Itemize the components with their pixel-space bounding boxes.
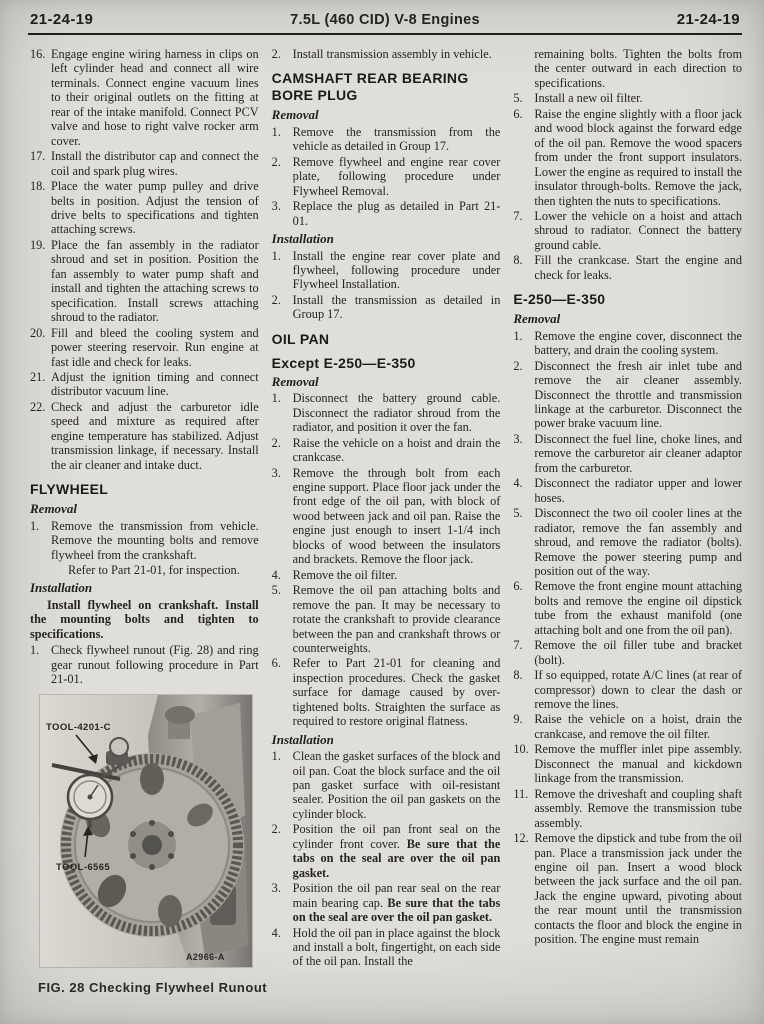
list-item: 2.Disconnect the fresh air inlet tube an… [513,359,742,431]
list-item: 1.Clean the gasket surfaces of the block… [272,749,501,821]
list-item: 22.Check and adjust the carburetor idle … [30,400,259,472]
item-text: Install the distributor cap and connect … [51,149,259,178]
list-item: 1.Remove the transmission from vehicle. … [30,519,259,562]
item-number: 3. [272,199,293,228]
item-text: Place the fan assembly in the radiator s… [51,238,259,325]
item-number: 2. [272,436,293,465]
item-text: Remove the through bolt from each engine… [293,466,501,567]
item-number: 1. [272,749,293,821]
column-1: 16.Engage engine wiring harness in clips… [30,47,259,1024]
figure-photo: TOOL-4201-C TOOL-6565 A2966-A [40,695,252,967]
list-item: 8.Fill the crankcase. Start the engine a… [513,253,742,282]
list-item: 4.Remove the oil filter. [272,568,501,582]
item-text: Disconnect the battery ground cable. Dis… [293,391,501,434]
list-item: 1.Remove the transmission from the vehic… [272,125,501,154]
item-text: If so equipped, rotate A/C lines (at rea… [534,668,742,711]
item-text: Fill the crankcase. Start the engine and… [534,253,742,282]
list-item: 1.Check flywheel runout (Fig. 28) and ri… [30,643,259,686]
item-number: 2. [272,293,293,322]
emphasized-text: Be sure that the tabs on the seal are ov… [293,837,501,880]
item-text: Remove the transmission from vehicle. Re… [51,519,259,562]
item-number: 10. [513,742,534,785]
procedure-label: Installation [30,581,259,595]
section-heading: E-250—E-350 [513,291,742,308]
item-number: 6. [513,107,534,208]
item-number: 1. [513,329,534,358]
item-number: 16. [30,47,51,148]
item-text: Remove the muffler inlet pipe assembly. … [534,742,742,785]
list-item: 16.Engage engine wiring harness in clips… [30,47,259,148]
item-text: Place the water pump pulley and drive be… [51,179,259,237]
list-item: 4.Hold the oil pan in place against the … [272,926,501,969]
list-item: 3.Remove the through bolt from each engi… [272,466,501,567]
list-item: 2.Install transmission assembly in vehic… [272,47,501,61]
list-item: 5.Remove the oil pan attaching bolts and… [272,583,501,655]
item-text: Hold the oil pan in place against the bl… [293,926,501,969]
item-text: Adjust the ignition timing and connect d… [51,370,259,399]
item-text: Disconnect the two oil cooler lines at t… [534,506,742,578]
item-text: Position the oil pan rear seal on the re… [293,881,501,924]
item-number: 2. [272,47,293,61]
list-item: 2.Remove flywheel and engine rear cover … [272,155,501,198]
item-number: 1. [30,519,51,562]
list-item: 6.Remove the front engine mount attachin… [513,579,742,637]
item-number: 7. [513,209,534,252]
page-number-right: 21-24-19 [677,11,740,28]
item-text: Check and adjust the carburetor idle spe… [51,400,259,472]
item-number: 8. [513,668,534,711]
list-item: 9.Raise the vehicle on a hoist, drain th… [513,712,742,741]
item-number: 3. [272,466,293,567]
item-text: Raise the vehicle on a hoist, drain the … [534,712,742,741]
indented-paragraph: Refer to Part 21-01, for inspection. [68,563,259,577]
header-rule [28,33,742,35]
procedure-label: Removal [272,375,501,389]
item-number: 5. [513,91,534,105]
item-number: 1. [30,643,51,686]
list-item: 1.Remove the engine cover, disconnect th… [513,329,742,358]
item-text: Install a new oil filter. [534,91,742,105]
item-text: Replace the plug as detailed in Part 21-… [293,199,501,228]
item-text: Lower the vehicle on a hoist and attach … [534,209,742,252]
item-text: Engage engine wiring harness in clips on… [51,47,259,148]
list-item: 1.Disconnect the battery ground cable. D… [272,391,501,434]
emphasized-text: Be sure that the tabs on the seal are ov… [293,896,501,924]
item-number: 5. [513,506,534,578]
column-3: remaining bolts. Tighten the bolts from … [513,47,742,1024]
list-item: 8.If so equipped, rotate A/C lines (at r… [513,668,742,711]
item-number: 4. [513,476,534,505]
column-1-text: 16.Engage engine wiring harness in clips… [30,47,259,687]
item-text: Raise the vehicle on a hoist and drain t… [293,436,501,465]
tool-6565-label: TOOL-6565 [56,862,110,873]
procedure-label: Removal [30,502,259,516]
list-item: 3.Disconnect the fuel line, choke lines,… [513,432,742,475]
item-number: 9. [513,712,534,741]
list-item: 2.Raise the vehicle on a hoist and drain… [272,436,501,465]
list-item: 12.Remove the dipstick and tube from the… [513,831,742,947]
column-2: 2.Install transmission assembly in vehic… [272,47,501,1024]
list-item: 5.Disconnect the two oil cooler lines at… [513,506,742,578]
item-number: 22. [30,400,51,472]
list-item: 2.Install the transmission as detailed i… [272,293,501,322]
item-number: 11. [513,787,534,830]
item-text: Clean the gasket surfaces of the block a… [293,749,501,821]
item-text: Remove the driveshaft and coupling shaft… [534,787,742,830]
item-text: Position the oil pan front seal on the c… [293,822,501,880]
item-text: Fill and bleed the cooling system and po… [51,326,259,369]
item-number: 1. [272,249,293,292]
tool-4201c-label: TOOL-4201-C [46,722,111,733]
figure-28: TOOL-4201-C TOOL-6565 A2966-A FIG. 28 Ch… [40,695,254,995]
list-item: 18.Place the water pump pulley and drive… [30,179,259,237]
manual-page: 21-24-19 7.5L (460 CID) V-8 Engines 21-2… [0,0,764,1024]
list-item: 5.Install a new oil filter. [513,91,742,105]
item-number: 20. [30,326,51,369]
column-3-text: remaining bolts. Tighten the bolts from … [513,47,742,947]
list-item: 6.Refer to Part 21-01 for cleaning and i… [272,656,501,728]
column-2-text: 2.Install transmission assembly in vehic… [272,47,501,969]
page-body: 16.Engage engine wiring harness in clips… [30,47,742,1024]
item-text: Remove the oil filter. [293,568,501,582]
item-number: 2. [513,359,534,431]
item-number: 4. [272,926,293,969]
list-item: 17.Install the distributor cap and conne… [30,149,259,178]
page-header: 21-24-19 7.5L (460 CID) V-8 Engines 21-2… [30,11,740,28]
item-number: 4. [272,568,293,582]
list-item: 7.Remove the oil filler tube and bracket… [513,638,742,667]
procedure-label: Removal [272,108,501,122]
list-item: 3.Replace the plug as detailed in Part 2… [272,199,501,228]
section-subheading: Except E-250—E-350 [272,355,501,371]
list-item: 19.Place the fan assembly in the radiato… [30,238,259,325]
item-number: 7. [513,638,534,667]
list-item: 1.Install the engine rear cover plate an… [272,249,501,292]
item-text: Remove the transmission from the vehicle… [293,125,501,154]
item-number: 1. [272,391,293,434]
item-text: Disconnect the radiator upper and lower … [534,476,742,505]
page-title: 7.5L (460 CID) V-8 Engines [290,12,480,28]
list-item: 2.Position the oil pan front seal on the… [272,822,501,880]
item-number: 3. [272,881,293,924]
item-number: 5. [272,583,293,655]
item-text: Remove the front engine mount attaching … [534,579,742,637]
item-text: Refer to Part 21-01 for cleaning and ins… [293,656,501,728]
item-text: Install the engine rear cover plate and … [293,249,501,292]
item-number: 19. [30,238,51,325]
item-number: 12. [513,831,534,947]
item-text: Disconnect the fuel line, choke lines, a… [534,432,742,475]
item-number: 17. [30,149,51,178]
continued-paragraph: remaining bolts. Tighten the bolts from … [513,47,742,90]
list-item: 6.Raise the engine slightly with a floor… [513,107,742,208]
item-text: Remove flywheel and engine rear cover pl… [293,155,501,198]
list-item: 7.Lower the vehicle on a hoist and attac… [513,209,742,252]
section-heading: CAMSHAFT REAR BEARING BORE PLUG [272,70,501,104]
item-number: 3. [513,432,534,475]
procedure-label: Removal [513,312,742,326]
item-text: Remove the dipstick and tube from the oi… [534,831,742,947]
item-number: 1. [272,125,293,154]
section-heading: FLYWHEEL [30,481,259,498]
page-number-left: 21-24-19 [30,11,93,28]
item-number: 6. [272,656,293,728]
item-text: Remove the oil filler tube and bracket (… [534,638,742,667]
list-item: 4.Disconnect the radiator upper and lowe… [513,476,742,505]
list-item: 20.Fill and bleed the cooling system and… [30,326,259,369]
item-text: Remove the engine cover, disconnect the … [534,329,742,358]
procedure-label: Installation [272,232,501,246]
item-number: 18. [30,179,51,237]
item-text: Remove the oil pan attaching bolts and r… [293,583,501,655]
item-text: Raise the engine slightly with a floor j… [534,107,742,208]
procedure-label: Installation [272,733,501,747]
item-number: 8. [513,253,534,282]
figure-caption: FIG. 28 Checking Flywheel Runout [38,981,254,995]
item-number: 21. [30,370,51,399]
list-item: 10.Remove the muffler inlet pipe assembl… [513,742,742,785]
item-text: Install transmission assembly in vehicle… [293,47,501,61]
item-number: 2. [272,822,293,880]
item-text: Install the transmission as detailed in … [293,293,501,322]
section-heading: OIL PAN [272,331,501,348]
list-item: 11.Remove the driveshaft and coupling sh… [513,787,742,830]
list-item: 3.Position the oil pan rear seal on the … [272,881,501,924]
list-item: 21.Adjust the ignition timing and connec… [30,370,259,399]
item-text: Disconnect the fresh air inlet tube and … [534,359,742,431]
photo-id-label: A2966-A [186,952,225,962]
bold-paragraph: Install flywheel on crankshaft. Install … [30,598,259,641]
item-number: 2. [272,155,293,198]
item-text: Check flywheel runout (Fig. 28) and ring… [51,643,259,686]
item-number: 6. [513,579,534,637]
